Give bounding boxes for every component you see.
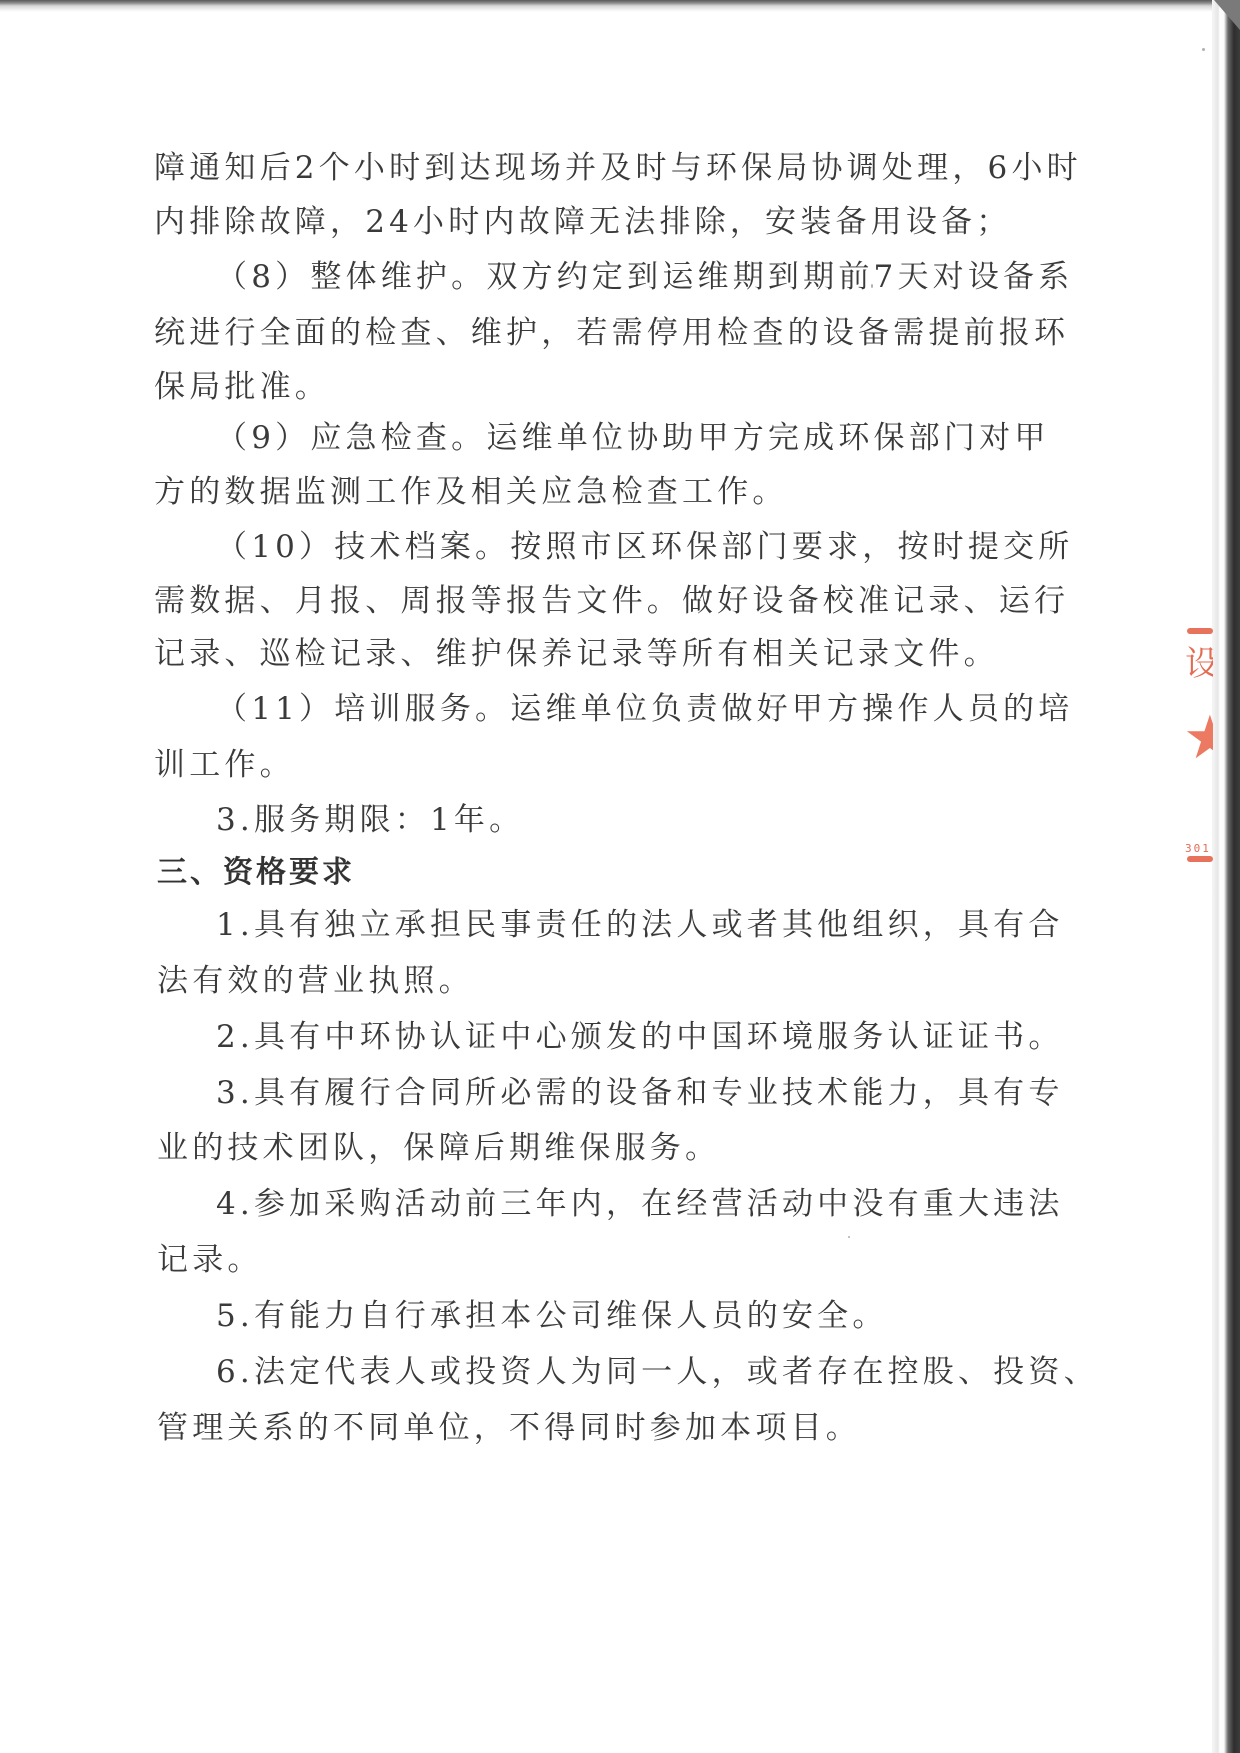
body-line: 方的数据监测工作及相关应急检查工作。 xyxy=(154,472,788,512)
stamp-border-bottom xyxy=(1187,856,1213,862)
stamp-character: 设 xyxy=(1185,636,1213,685)
body-line: 业的技术团队，保障后期维保服务。 xyxy=(157,1128,720,1168)
document-page: 障通知后2个小时到达现场并及时与环保局协调处理，6小时 内排除故障，24小时内故… xyxy=(0,0,1240,1753)
red-seal-stamp: 设 ★ 301 xyxy=(1183,624,1213,864)
requirement-3: 3.具有履行合同所必需的设备和专业技术能力，具有专 xyxy=(216,1073,1064,1113)
star-icon: ★ xyxy=(1183,708,1213,768)
requirement-2: 2.具有中环协认证中心颁发的中国环境服务认证证书。 xyxy=(216,1017,1064,1057)
section-heading-qualifications: 三、资格要求 xyxy=(157,853,355,893)
item-8-overall-maintenance: （8）整体维护。双方约定到运维期到期前7天对设备系 xyxy=(216,257,1073,297)
body-line: 法有效的营业执照。 xyxy=(157,961,474,1001)
item-9-emergency-inspection: （9）应急检查。运维单位协助甲方完成环保部门对甲 xyxy=(216,418,1050,458)
body-line: 障通知后2个小时到达现场并及时与环保局协调处理，6小时 xyxy=(154,148,1082,188)
body-line: 管理关系的不同单位，不得同时参加本项目。 xyxy=(157,1408,861,1448)
service-period: 3.服务期限：1年。 xyxy=(216,800,524,840)
scan-speck xyxy=(871,284,873,288)
requirement-1: 1.具有独立承担民事责任的法人或者其他组织，具有合 xyxy=(216,905,1064,945)
requirement-5: 5.有能力自行承担本公司维保人员的安全。 xyxy=(216,1296,888,1336)
scan-speck xyxy=(848,1236,850,1238)
body-line: 记录、巡检记录、维护保养记录等所有相关记录文件。 xyxy=(154,634,999,674)
body-line: 统进行全面的检查、维护，若需停用检查的设备需提前报环 xyxy=(154,313,1069,353)
body-line: 保局批准。 xyxy=(154,367,330,407)
item-11-training: （11）培训服务。运维单位负责做好甲方操作人员的培 xyxy=(216,689,1073,729)
requirement-4: 4.参加采购活动前三年内，在经营活动中没有重大违法 xyxy=(216,1184,1064,1224)
scan-speck xyxy=(1202,48,1205,51)
body-line: 训工作。 xyxy=(154,745,295,785)
stamp-border-top xyxy=(1187,628,1213,634)
item-10-technical-records: （10）技术档案。按照市区环保部门要求，按时提交所 xyxy=(216,527,1073,567)
body-line: 需数据、月报、周报等报告文件。做好设备校准记录、运行 xyxy=(154,581,1069,621)
stamp-serial-digits: 301 xyxy=(1185,842,1211,855)
body-line: 记录。 xyxy=(157,1240,263,1280)
requirement-6: 6.法定代表人或投资人为同一人，或者存在控股、投资、 xyxy=(216,1352,1099,1392)
body-line: 内排除故障，24小时内故障无法排除，安装备用设备； xyxy=(154,202,1011,242)
